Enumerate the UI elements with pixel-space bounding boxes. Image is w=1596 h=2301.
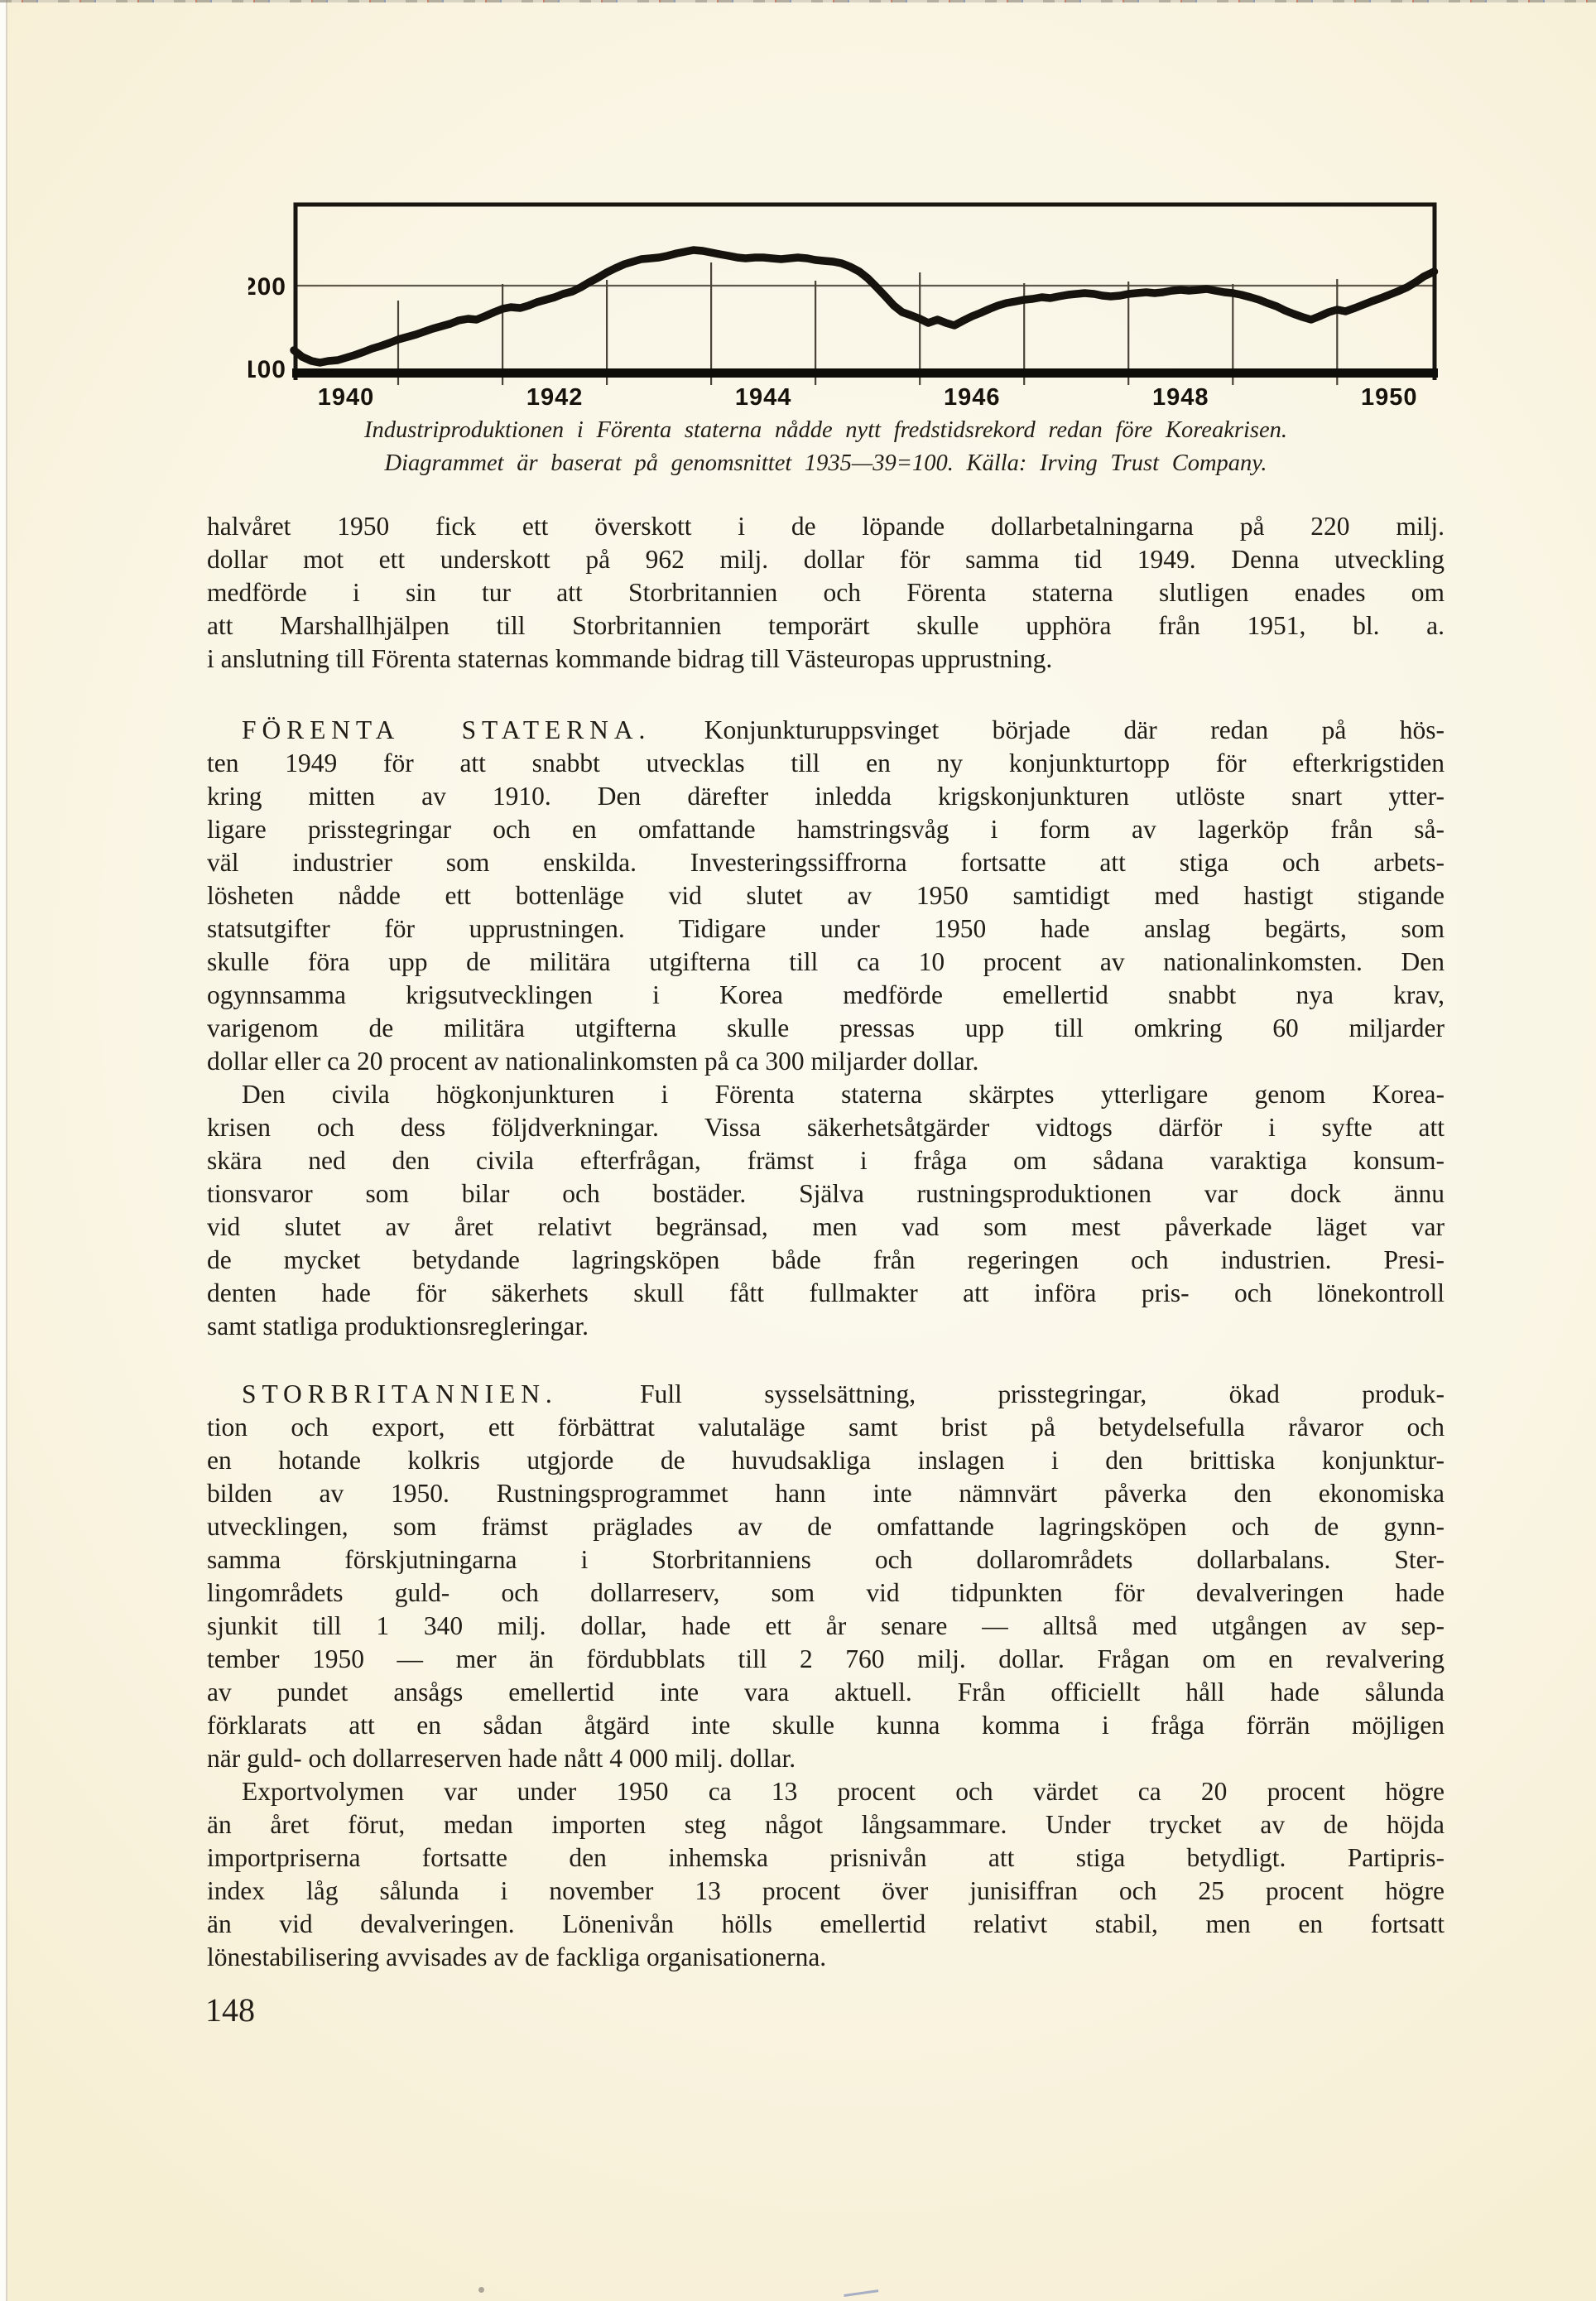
scan-speck-artifact [478, 2287, 484, 2293]
text-line: att Marshallhjälpen till Storbritannien … [207, 609, 1445, 643]
scan-edge-artifact [0, 0, 7, 2301]
svg-text:1940: 1940 [318, 384, 375, 411]
text-line: skära ned den civila efterfrågan, främst… [207, 1144, 1445, 1177]
text-line: tionsvaror som bilar och bostäder. Själv… [207, 1177, 1445, 1211]
svg-text:1942: 1942 [526, 384, 584, 411]
text-line: lingområdets guld- och dollarreserv, som… [207, 1577, 1445, 1610]
text-line: ten 1949 för att snabbt utvecklas till e… [207, 747, 1445, 780]
text-line: index låg sålunda i november 13 procent … [207, 1875, 1445, 1908]
scan-edge-artifact [0, 0, 1596, 2]
book-page: 200100194019421944194619481950 Industrip… [0, 0, 1596, 2301]
text-line: skulle föra upp de militära utgifterna t… [207, 946, 1445, 979]
paragraph: STORBRITANNIEN. Full sysselsättning, pri… [207, 1378, 1445, 1775]
text-line: varigenom de militära utgifterna skulle … [207, 1012, 1445, 1045]
text-line: än vid devalveringen. Lönenivån hölls em… [207, 1908, 1445, 1941]
text-line: importpriserna fortsatte den inhemska pr… [207, 1841, 1445, 1875]
svg-text:1946: 1946 [944, 384, 1001, 411]
text-line: lönestabilisering avvisades av de fackli… [207, 1941, 1445, 1974]
section-heading: FÖRENTA STATERNA. [242, 715, 651, 744]
svg-text:1950: 1950 [1361, 384, 1418, 411]
text-line: vid slutet av året relativt begränsad, m… [207, 1211, 1445, 1244]
text-line: statsutgifter för upprustningen. Tidigar… [207, 912, 1445, 946]
text-line: väl industrier som enskilda. Investering… [207, 846, 1445, 879]
paragraph: halvåret 1950 fick ett överskott i de lö… [207, 510, 1445, 676]
text-line: av pundet ansågs emellertid inte vara ak… [207, 1676, 1445, 1709]
figure-caption-line1: Industriproduktionen i Förenta staterna … [207, 414, 1445, 447]
text-line: kring mitten av 1910. Den därefter inled… [207, 780, 1445, 813]
svg-text:100: 100 [248, 356, 286, 383]
text-line: dollar mot ett underskott på 962 milj. d… [207, 543, 1445, 576]
body-text: halvåret 1950 fick ett överskott i de lö… [207, 510, 1445, 1974]
page-number: 148 [205, 1991, 255, 2029]
text-line: STORBRITANNIEN. Full sysselsättning, pri… [207, 1378, 1445, 1411]
text-line: samt statliga produktionsregleringar. [207, 1310, 1445, 1343]
text-line: Exportvolymen var under 1950 ca 13 proce… [207, 1775, 1445, 1808]
text-line: Den civila högkonjunkturen i Förenta sta… [207, 1078, 1445, 1111]
svg-text:1944: 1944 [735, 384, 792, 411]
text-line: i anslutning till Förenta staternas komm… [207, 643, 1445, 676]
industrial-production-figure: 200100194019421944194619481950 [248, 196, 1440, 416]
text-line: när guld- och dollarreserven hade nått 4… [207, 1742, 1445, 1775]
scan-mark-artifact [844, 2289, 879, 2301]
text-line: lösheten nådde ett bottenläge vid slutet… [207, 879, 1445, 912]
text-line: sjunkit till 1 340 milj. dollar, hade et… [207, 1610, 1445, 1643]
svg-text:200: 200 [248, 273, 286, 301]
text-line: dollar eller ca 20 procent av nationalin… [207, 1045, 1445, 1078]
text-line: de mycket betydande lagringsköpen både f… [207, 1244, 1445, 1277]
text-line: FÖRENTA STATERNA. Konjunkturuppsvinget b… [207, 714, 1445, 747]
text-line: tember 1950 — mer än fördubblats till 2 … [207, 1643, 1445, 1676]
paragraph: Den civila högkonjunkturen i Förenta sta… [207, 1078, 1445, 1343]
text-line: utvecklingen, som främst präglades av de… [207, 1510, 1445, 1543]
text-line: ogynnsamma krigsutvecklingen i Korea med… [207, 979, 1445, 1012]
text-line: medförde i sin tur att Storbritannien oc… [207, 576, 1445, 609]
text-line: denten hade för säkerhets skull fått ful… [207, 1277, 1445, 1310]
figure-caption: Industriproduktionen i Förenta staterna … [207, 414, 1445, 480]
text-line: en hotande kolkris utgjorde de huvudsakl… [207, 1444, 1445, 1477]
text-line: förklarats att en sådan åtgärd inte skul… [207, 1709, 1445, 1742]
text-line: samma förskjutningarna i Storbritanniens… [207, 1543, 1445, 1577]
text-line: krisen och dess följdverkningar. Vissa s… [207, 1111, 1445, 1144]
text-line: halvåret 1950 fick ett överskott i de lö… [207, 510, 1445, 543]
figure-caption-line2: Diagrammet är baserat på genomsnittet 19… [207, 447, 1445, 480]
paragraph: FÖRENTA STATERNA. Konjunkturuppsvinget b… [207, 714, 1445, 1078]
production-index-line-chart: 200100194019421944194619481950 [248, 196, 1440, 416]
text-line: bilden av 1950. Rustningsprogrammet hann… [207, 1477, 1445, 1510]
text-line: än året förut, medan importen steg något… [207, 1808, 1445, 1841]
text-line: ligare prisstegringar och en omfattande … [207, 813, 1445, 846]
paragraph: Exportvolymen var under 1950 ca 13 proce… [207, 1775, 1445, 1974]
text-line: tion och export, ett förbättrat valutalä… [207, 1411, 1445, 1444]
section-heading: STORBRITANNIEN. [242, 1379, 558, 1408]
svg-text:1948: 1948 [1152, 384, 1209, 411]
